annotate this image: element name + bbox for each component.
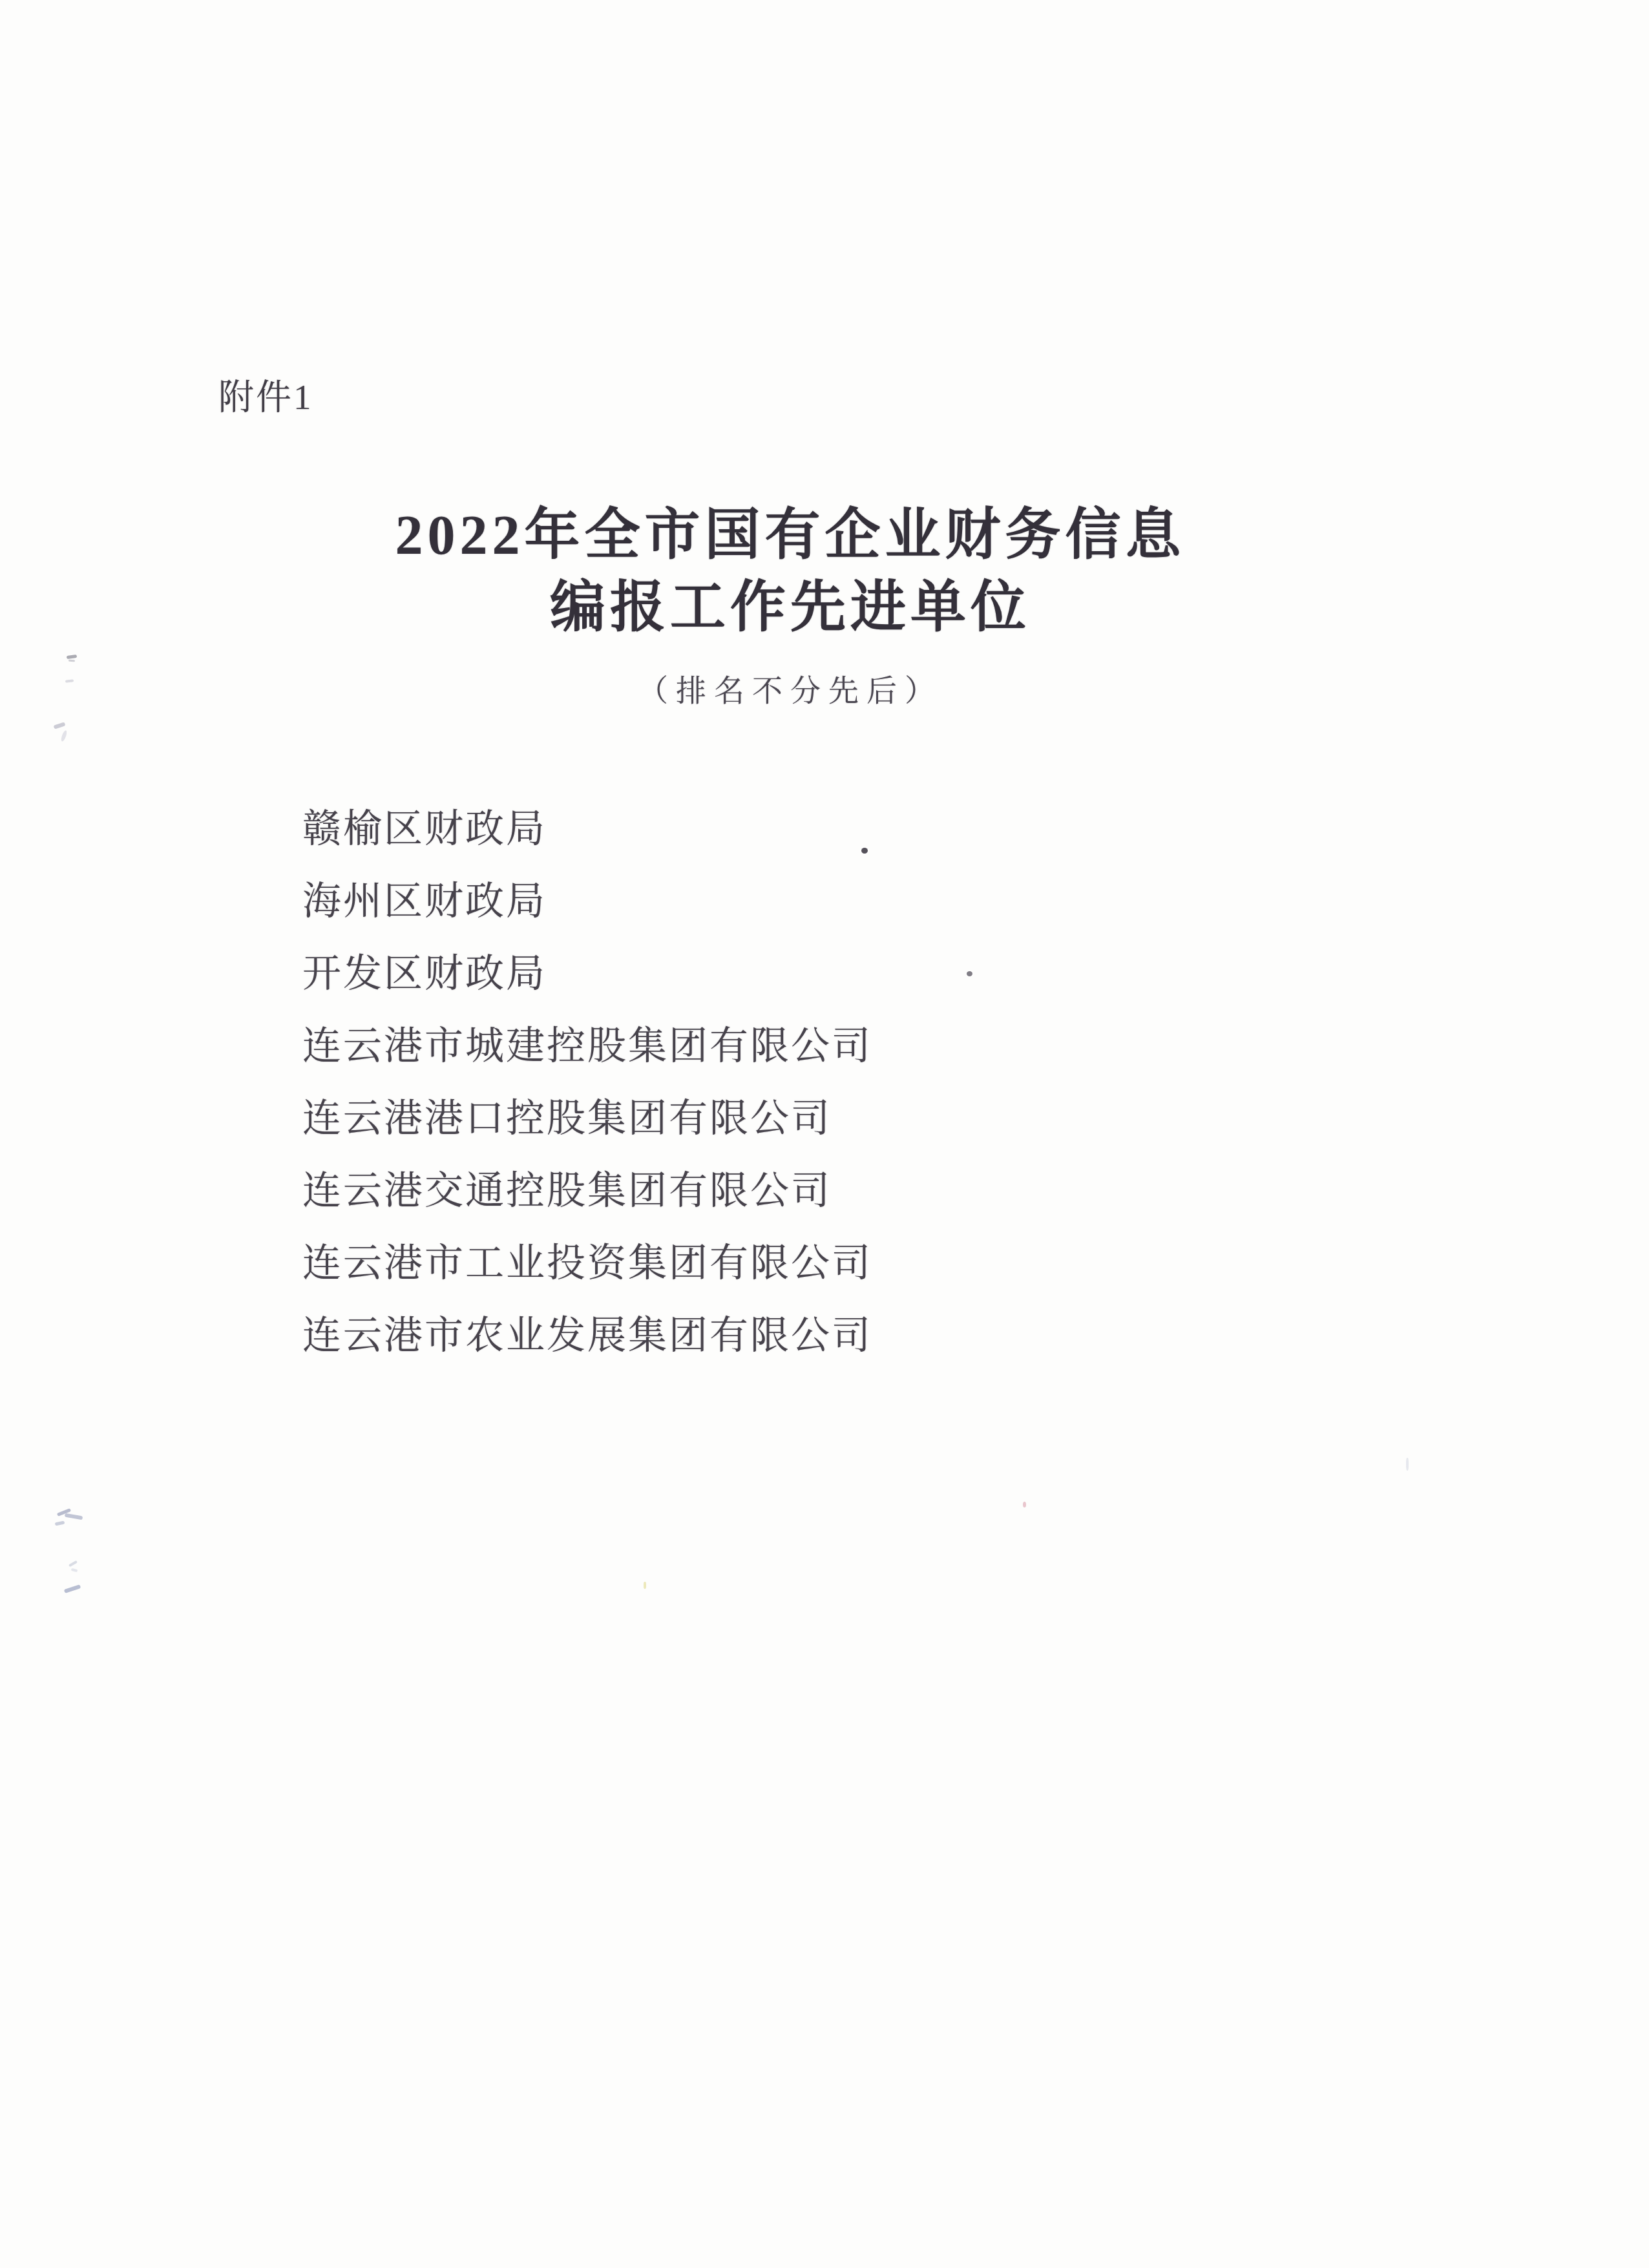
- pencil-mark: [55, 1520, 65, 1526]
- pencil-mark: [54, 722, 66, 729]
- ink-speck: [861, 848, 868, 854]
- advanced-units-list: 赣榆区财政局 海州区财政局 开发区财政局 连云港市城建控股集团有限公司 连云港港…: [302, 793, 872, 1372]
- list-item: 海州区财政局: [302, 865, 872, 938]
- list-item: 连云港交通控股集团有限公司: [302, 1155, 872, 1227]
- color-speck: [1406, 1458, 1409, 1471]
- pencil-mark: [64, 1584, 81, 1593]
- color-speck: [1023, 1502, 1026, 1507]
- title-line-1: 2022年全市国有企业财务信息: [0, 499, 1581, 571]
- pencil-mark: [60, 730, 68, 742]
- list-item: 连云港市工业投资集团有限公司: [302, 1227, 872, 1299]
- list-item: 连云港市农业发展集团有限公司: [302, 1299, 872, 1372]
- pencil-mark: [68, 1560, 78, 1567]
- ranking-note: （排名不分先后）: [0, 667, 1581, 710]
- pencil-mark: [67, 655, 78, 659]
- pencil-mark: [65, 1513, 83, 1520]
- color-speck: [644, 1582, 646, 1589]
- ink-speck: [967, 971, 972, 976]
- list-item: 连云港港口控股集团有限公司: [302, 1082, 872, 1155]
- attachment-label: 附件1: [218, 368, 313, 419]
- scanned-document-page: 附件1 2022年全市国有企业财务信息 编报工作先进单位 （排名不分先后） 赣榆…: [0, 0, 1649, 2268]
- list-item: 连云港市城建控股集团有限公司: [302, 1010, 872, 1082]
- title-line-2: 编报工作先进单位: [0, 571, 1581, 644]
- list-item: 开发区财政局: [302, 938, 872, 1010]
- pencil-mark: [71, 1568, 78, 1572]
- document-title: 2022年全市国有企业财务信息 编报工作先进单位: [0, 499, 1581, 644]
- pencil-mark: [68, 660, 75, 662]
- list-item: 赣榆区财政局: [302, 793, 872, 865]
